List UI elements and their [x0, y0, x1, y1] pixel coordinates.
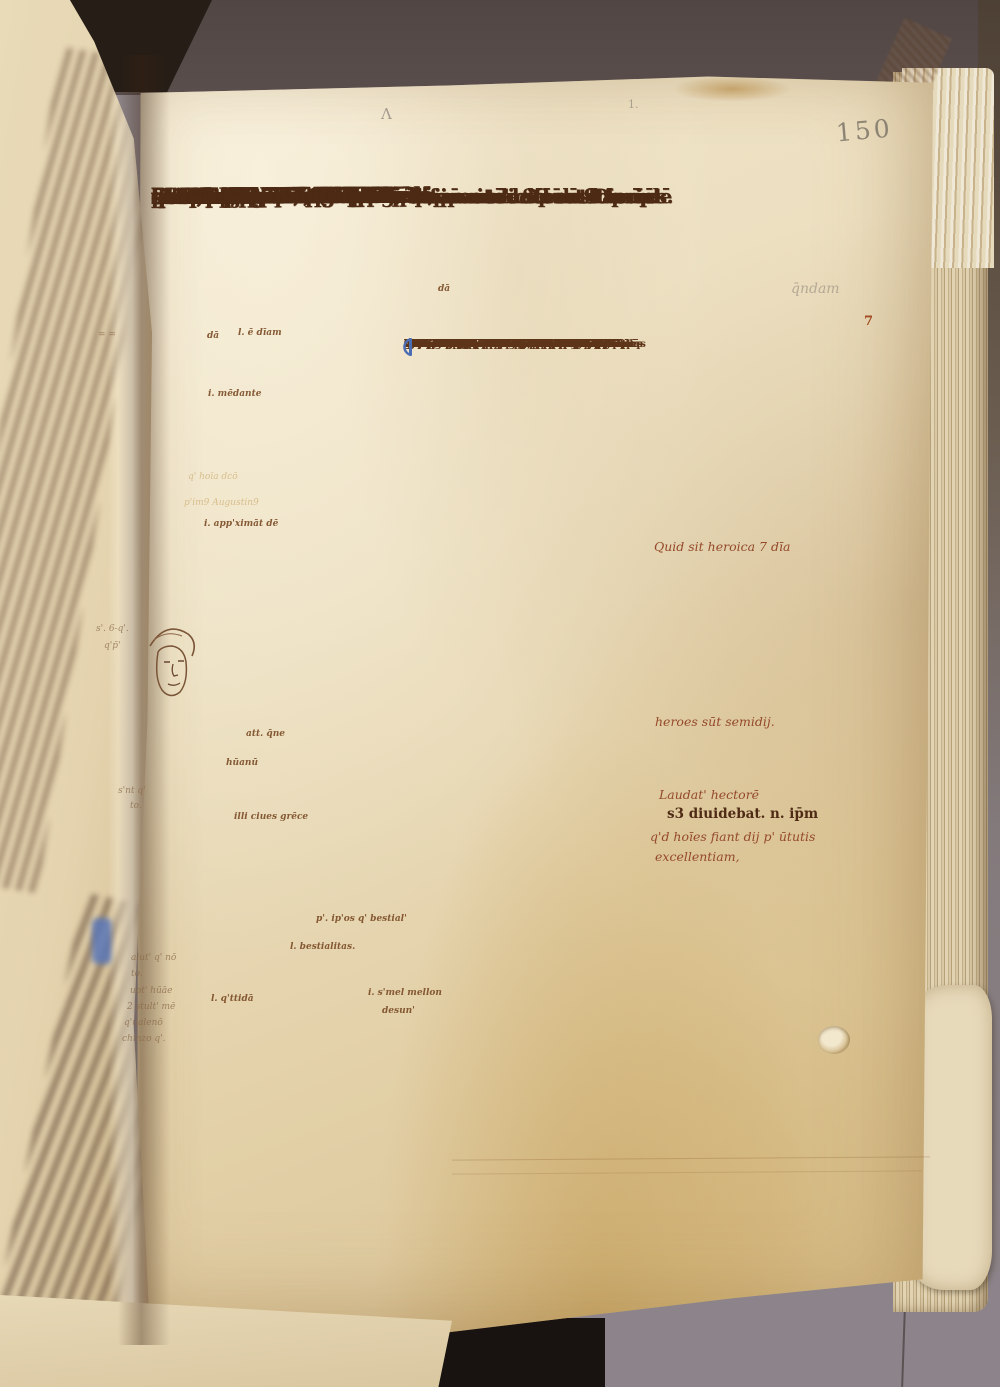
edge-stain [672, 76, 792, 102]
manuscript-photograph: quidē manifesta. hoc q̄dēeni' ūtutē. hoc… [0, 0, 1000, 1387]
gloss-line: omnē ūtutē st dn. Si h' quidē. i. heroic… [404, 338, 629, 351]
text-line: licia autē: dcm̄ est prius. [408, 183, 673, 209]
face-doodle-drawing [136, 618, 204, 706]
paraph-mark-blue [399, 337, 413, 357]
wax-spot [818, 1026, 850, 1054]
commentary-gloss-block: Q' in fugiendor'. i. maliciar'. corque c… [404, 338, 670, 1028]
text-line: tudines de orbitates [151, 182, 376, 210]
main-text-column: quidē manifesta. hoc q̄dēeni' ūtutē. hoc… [151, 182, 411, 1035]
folio-number: 150 [835, 114, 894, 148]
second-text-column: de ip̄ maliciā autē hoīmsupexcedentes: s… [408, 183, 670, 343]
